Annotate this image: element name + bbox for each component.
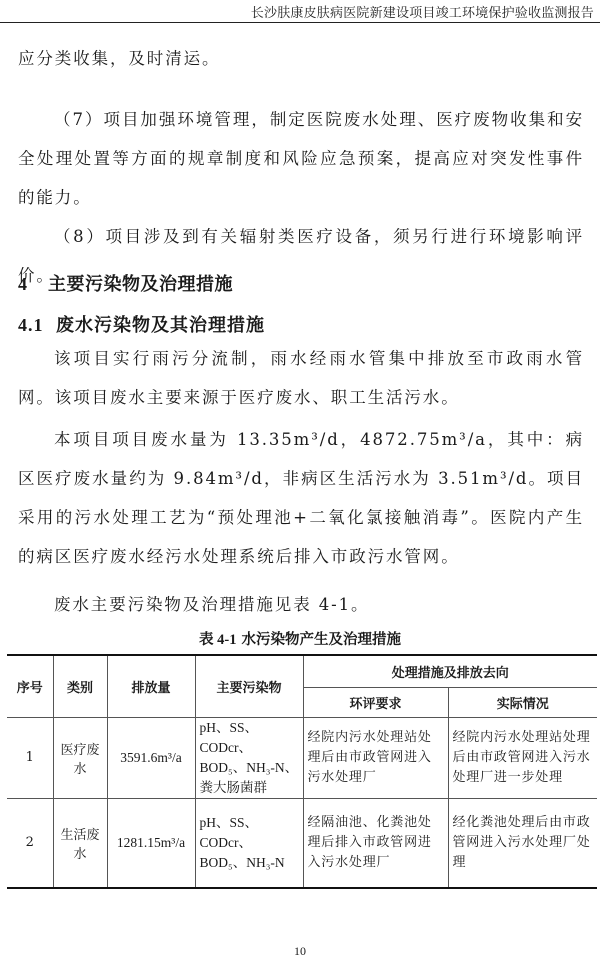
- page-number: 10: [0, 944, 600, 959]
- paragraph-wastewater-volume: 本项目项目废水量为 13.35m³/d，4872.75m³/a，其中：病区医疗废…: [18, 420, 584, 576]
- cell-eia-requirement: 经院内污水处理站处理后由市政管网进入污水处理厂: [303, 717, 448, 798]
- page-header: 长沙肤康皮肤病医院新建设项目竣工环境保护验收监测报告: [0, 0, 600, 23]
- header-treatment-group: 处理措施及排放去向: [303, 655, 597, 687]
- paragraph-table-reference: 废水主要污染物及治理措施见表 4-1。: [18, 585, 584, 624]
- paragraph-continuation: 应分类收集，及时清运。: [18, 39, 584, 78]
- section-heading-4-1: 4.1废水污染物及其治理措施: [18, 311, 265, 337]
- report-title: 长沙肤康皮肤病医院新建设项目竣工环境保护验收监测报告: [251, 2, 594, 21]
- header-discharge: 排放量: [107, 655, 195, 717]
- pollutant-table: 序号 类别 排放量 主要污染物 处理措施及排放去向 环评要求 实际情况 1 医疗…: [7, 654, 597, 889]
- header-category: 类别: [53, 655, 107, 717]
- cell-category: 生活废水: [53, 798, 107, 888]
- section-number: 4: [18, 274, 48, 295]
- cell-actual: 经化粪池处理后由市政管网进入污水处理厂处理: [448, 798, 597, 888]
- header-actual: 实际情况: [448, 687, 597, 717]
- section-title: 主要污染物及治理措施: [48, 274, 233, 295]
- cell-discharge: 3591.6m³/a: [107, 717, 195, 798]
- table-title: 水污染物产生及治理措施: [242, 632, 402, 648]
- paragraph-drainage: 该项目实行雨污分流制，雨水经雨水管集中排放至市政雨水管网。该项目废水主要来源于医…: [18, 339, 584, 417]
- cell-index: 1: [7, 717, 53, 798]
- cell-pollutants: pH、SS、CODcr、BOD₅、NH₃-N、粪大肠菌群: [195, 717, 303, 798]
- paragraph-item-7: （7）项目加强环境管理，制定医院废水处理、医疗废物收集和安全处理处置等方面的规章…: [18, 100, 584, 217]
- cell-category: 医疗废水: [53, 717, 107, 798]
- header-pollutants: 主要污染物: [195, 655, 303, 717]
- table-row: 2 生活废水 1281.15m³/a pH、SS、CODcr、BOD₅、NH₃-…: [7, 798, 597, 888]
- subsection-title: 废水污染物及其治理措施: [56, 315, 265, 336]
- subsection-number: 4.1: [18, 315, 56, 336]
- cell-index: 2: [7, 798, 53, 888]
- table-number: 表 4-1: [199, 632, 236, 648]
- table-row: 1 医疗废水 3591.6m³/a pH、SS、CODcr、BOD₅、NH₃-N…: [7, 717, 597, 798]
- cell-actual: 经院内污水处理站处理后由市政管网进入污水处理厂进一步处理: [448, 717, 597, 798]
- header-eia-requirement: 环评要求: [303, 687, 448, 717]
- cell-pollutants: pH、SS、CODcr、BOD₅、NH₃-N: [195, 798, 303, 888]
- cell-discharge: 1281.15m³/a: [107, 798, 195, 888]
- cell-eia-requirement: 经隔油池、化粪池处理后排入市政管网进入污水处理厂: [303, 798, 448, 888]
- table-caption: 表 4-1 水污染物产生及治理措施: [0, 628, 600, 649]
- section-heading-4: 4主要污染物及治理措施: [18, 270, 233, 296]
- header-index: 序号: [7, 655, 53, 717]
